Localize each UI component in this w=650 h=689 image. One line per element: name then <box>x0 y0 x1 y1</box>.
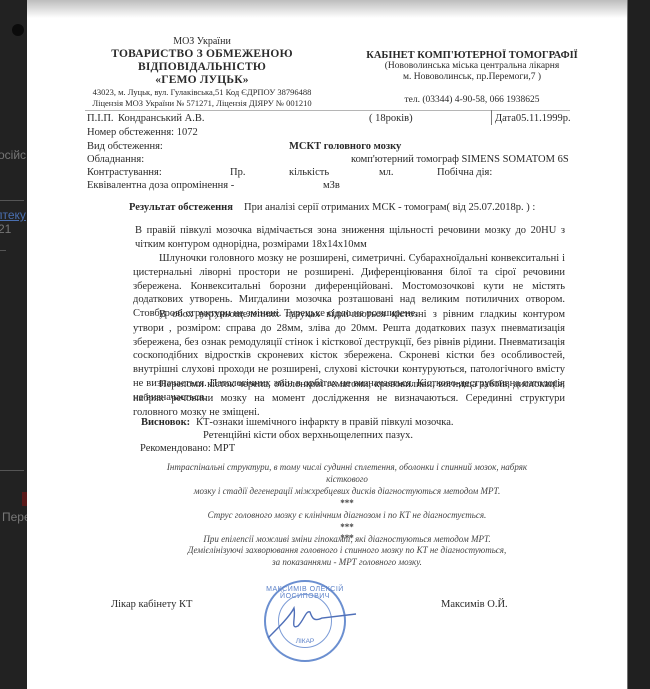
conclusion-line2: Ретенційні кісти обох верхньощелепних па… <box>203 430 413 441</box>
exam-type-label: Вид обстеження: <box>87 141 163 152</box>
dose-unit: мЗв <box>323 180 340 191</box>
contrast-label: Контрастування: <box>87 167 162 178</box>
header-left: МОЗ України ТОВАРИСТВО З ОБМЕЖЕНОЮ ВІДПО… <box>87 36 317 109</box>
patient-name: Кондранський А.В. <box>118 113 204 124</box>
doctor-role: Лікар кабінету КТ <box>111 599 192 610</box>
ministry: МОЗ України <box>87 36 317 48</box>
exam-number: Номер обстеження: 1072 <box>87 127 198 138</box>
contrast-pr: Пр. <box>230 167 245 178</box>
official-stamp: МАКСИМІВ ОЛЕКСІЙ ЙОСИПОВИЧ ЛІКАР <box>264 580 346 662</box>
background-text: Пере <box>2 510 27 524</box>
contrast-ml: мл. <box>379 167 394 178</box>
background-link[interactable]: птеку <box>0 208 26 222</box>
clinic-address: м. Нововолинськ, пр.Перемоги,7 ) <box>357 72 587 83</box>
result-paragraph-1: В правій півкулі мозочка відмічається зо… <box>135 224 565 252</box>
header-right: КАБІНЕТ КОМП'ЮТЕРНОЇ ТОМОГРАФІЇ (Нововол… <box>357 50 587 106</box>
background-text: 21 <box>0 222 11 236</box>
org-line1: ТОВАРИСТВО З ОБМЕЖЕНОЮ <box>87 48 317 61</box>
separator-stars: *** <box>157 497 537 509</box>
clinic-title: КАБІНЕТ КОМП'ЮТЕРНОЇ ТОМОГРАФІЇ <box>357 50 587 61</box>
note-4-line1: Демієлінізуючі захворювання головного і … <box>157 544 537 556</box>
org-name: «ГЕМО ЛУЦЬК» <box>87 74 317 87</box>
patient-age: ( 18років) <box>369 113 413 124</box>
divider <box>0 200 24 201</box>
top-shadow <box>27 0 627 18</box>
background-page: осійс птеку 21 Пере <box>0 0 27 689</box>
background-text: осійс <box>0 148 26 162</box>
date-separator <box>491 110 492 125</box>
side-effect-label: Побічна дія: <box>437 167 492 178</box>
result-label: Результат обстеження <box>129 202 233 213</box>
patient-name-label: П.І.П. <box>87 113 114 124</box>
signature-icon <box>260 596 360 646</box>
header-divider <box>85 110 570 111</box>
exam-type-value: МСКТ головного мозку <box>289 141 401 152</box>
exam-date: Дата05.11.1999р. <box>495 113 571 124</box>
clinic-phone: тел. (03344) 4-90-58, 066 1938625 <box>357 95 587 106</box>
conclusion-label: Висновок: <box>141 417 190 428</box>
divider <box>0 470 24 471</box>
background-page-right <box>627 0 650 689</box>
recommendation: Рекомендовано: МРТ <box>140 443 235 454</box>
separator-stars: *** <box>157 532 537 544</box>
equipment-value: комп'ютерний томограф SIMENS SOMATOM 6S <box>351 154 569 165</box>
dose-label: Еквівалентна доза опромінення - <box>87 180 234 191</box>
conclusion-line1: КТ-ознаки ішемічного інфаркту в правій п… <box>196 417 454 428</box>
clinic-hospital: (Нововолинська міська центральна лікарня <box>357 61 587 72</box>
org-license: Ліцензія МОЗ України № 571271, Ліцензія … <box>87 98 317 109</box>
org-address: 43023, м. Луцьк, вул. Гулаківська,51 Код… <box>87 87 317 98</box>
org-line2: ВІДПОВІДАЛЬНІСТЮ <box>87 61 317 74</box>
result-intro: При аналізі серії отриманих МСК - томогр… <box>244 202 535 213</box>
doctor-name: Максимів О.Й. <box>441 599 508 610</box>
close-icon[interactable] <box>12 24 24 36</box>
note-4-line2: за показаннями - МРТ головного мозку. <box>157 556 537 568</box>
note-4: *** Демієлінізуючі захворювання головног… <box>157 532 537 568</box>
note-1-line2: мозку і стадії дегенерації міжхребцевих … <box>157 485 537 497</box>
result-paragraph-4: Переломи кісток черепа, оболонкові гемат… <box>133 378 565 419</box>
note-1-line1: Інтраспінальні структури, в тому числі с… <box>157 461 537 485</box>
document-image: МОЗ України ТОВАРИСТВО З ОБМЕЖЕНОЮ ВІДПО… <box>27 0 627 689</box>
note-2: Струс головного мозку є клінічним діагно… <box>157 509 537 521</box>
divider <box>0 250 6 251</box>
equipment-label: Обладнання: <box>87 154 144 165</box>
contrast-quantity: кількість <box>289 167 329 178</box>
